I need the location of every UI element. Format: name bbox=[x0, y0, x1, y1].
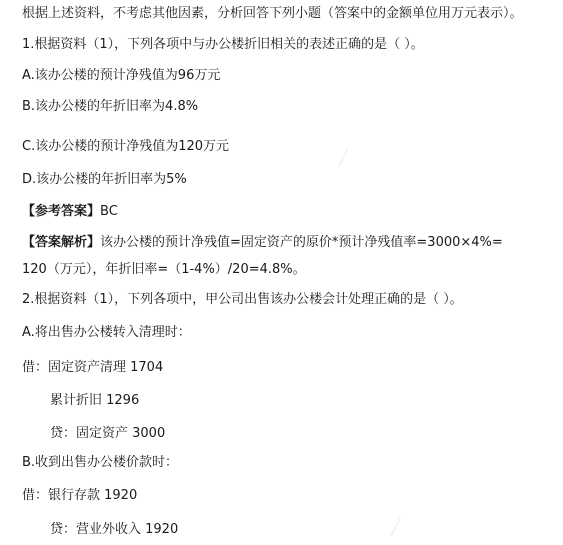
question-1-option-b: B.该办公楼的年折旧率为4.8% bbox=[22, 98, 198, 116]
watermark-mark: / bbox=[392, 515, 399, 540]
question-1-option-d: D.该办公楼的年折旧率为5% bbox=[22, 171, 187, 189]
watermark-mark: / bbox=[340, 145, 347, 170]
analysis-label: 【答案解析】 bbox=[22, 235, 100, 250]
journal-entry-debit-bank: 借：银行存款 1920 bbox=[22, 487, 137, 505]
question-2-stem: 2.根据资料（1），下列各项中，甲公司出售该办公楼会计处理正确的是（ ）。 bbox=[22, 291, 463, 309]
analysis-text-line-2: 120（万元），年折旧率=（1-4%）/20=4.8%。 bbox=[22, 261, 306, 279]
question-1-analysis: 【答案解析】该办公楼的预计净残值=固定资产的原价*预计净残值率=3000×4%= bbox=[22, 234, 503, 252]
question-2-option-b-title: B.收到出售办公楼价款时： bbox=[22, 454, 178, 472]
intro-text: 根据上述资料，不考虑其他因素，分析回答下列小题（答案中的金额单位用万元表示）。 bbox=[22, 5, 523, 23]
question-2-option-a-title: A.将出售办公楼转入清理时： bbox=[22, 324, 191, 342]
answer-value: BC bbox=[100, 204, 118, 219]
journal-entry-debit-disposal: 借：固定资产清理 1704 bbox=[22, 359, 163, 377]
question-1-option-a: A.该办公楼的预计净残值为96万元 bbox=[22, 67, 220, 85]
question-1-answer: 【参考答案】BC bbox=[22, 203, 118, 221]
journal-entry-credit-nonoperating-income: 贷：营业外收入 1920 bbox=[50, 521, 178, 539]
answer-label: 【参考答案】 bbox=[22, 204, 100, 219]
analysis-text-line-1: 该办公楼的预计净残值=固定资产的原价*预计净残值率=3000×4%= bbox=[100, 235, 503, 250]
journal-entry-debit-depreciation: 累计折旧 1296 bbox=[50, 392, 139, 410]
question-1-option-c: C.该办公楼的预计净残值为120万元 bbox=[22, 138, 229, 156]
question-1-stem: 1.根据资料（1），下列各项中与办公楼折旧相关的表述正确的是（ ）。 bbox=[22, 36, 424, 54]
journal-entry-credit-fixed-asset: 贷：固定资产 3000 bbox=[50, 425, 165, 443]
